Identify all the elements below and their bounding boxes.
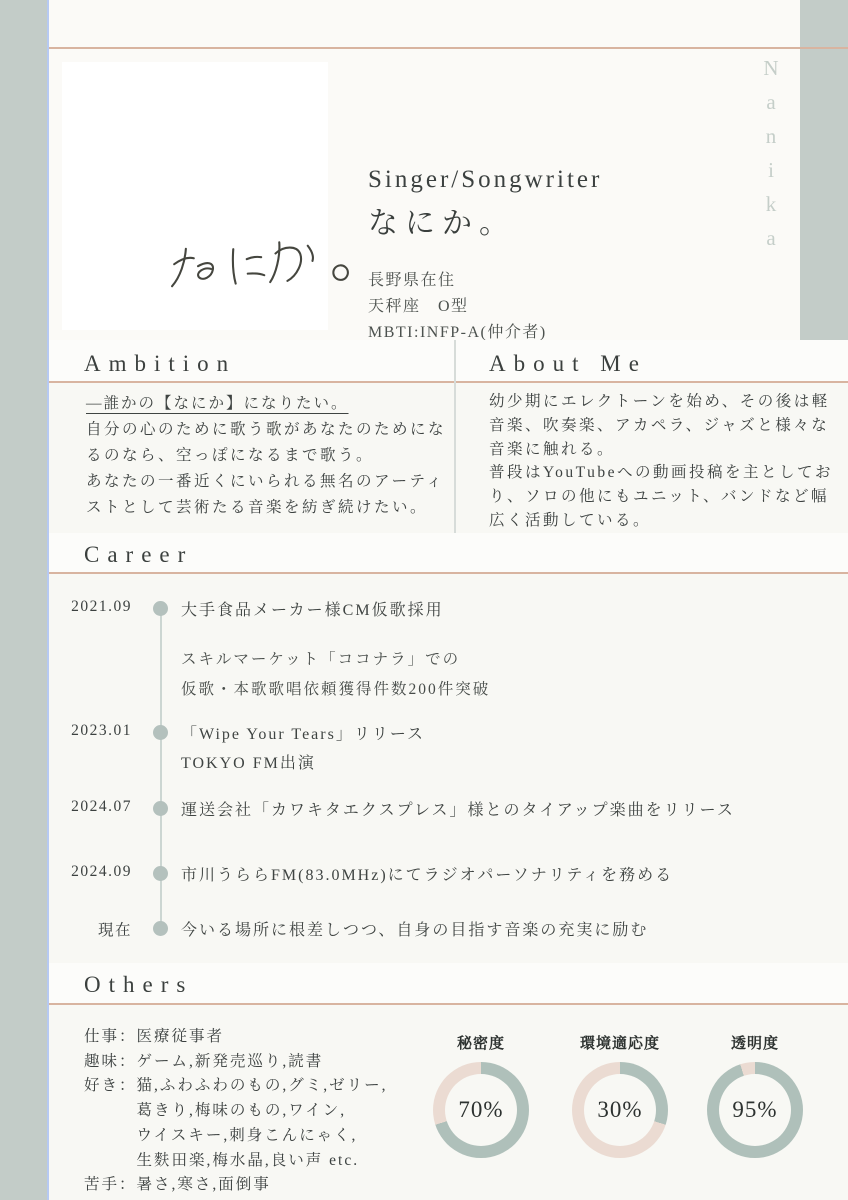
detail-zodiac-blood: 天秤座 O型 [368, 294, 547, 320]
donut-chart-secrecy: 秘密度 70% [433, 1032, 529, 1158]
donut-ring: 70% [433, 1062, 529, 1158]
others-row-value: ゲーム,新発売巡り,読書 [137, 1050, 324, 1075]
career-date: 2021.09 [40, 598, 132, 616]
logo-box [62, 62, 328, 330]
career-date: 2024.09 [40, 863, 132, 881]
others-heading: Others [84, 972, 193, 998]
others-row-value: 医療従事者 [137, 1025, 225, 1050]
others-row-job: 仕事： 医療従事者 [84, 1025, 388, 1050]
others-row-dislikes: 苦手： 暑さ,寒さ,面倒事 [84, 1173, 388, 1198]
timeline-dot [153, 921, 168, 936]
about-heading: About Me [489, 351, 647, 377]
profile-page: Singer/Songwriter なにか。 長野県在住 天秤座 O型 MBTI… [0, 0, 848, 1200]
ambition-body: 自分の心のために歌う歌があなたのためにな るのなら、空っぽになるまで歌う。 あな… [86, 417, 446, 521]
career-date: 現在 [40, 918, 132, 940]
career-heading: Career [84, 542, 193, 568]
career-entry-text: 「Wipe Your Tears」リリース TOKYO FM出演 [181, 720, 425, 778]
others-row-likes: 好き： 猫,ふわふわのもの,グミ,ゼリー, 葛きり,梅味のもの,ワイン, ウイス… [84, 1074, 388, 1173]
ambition-lead: ―誰かの【なにか】になりたい。 [86, 391, 349, 413]
timeline-dot [153, 725, 168, 740]
career-date: 2023.01 [40, 722, 132, 740]
donut-percent: 70% [433, 1062, 529, 1158]
about-underline [456, 381, 848, 383]
others-row-value: 猫,ふわふわのもの,グミ,ゼリー, 葛きり,梅味のもの,ワイン, ウイスキー,刺… [137, 1074, 388, 1173]
career-underline [49, 572, 848, 574]
about-body: 幼少期にエレクトーンを始め、その後は軽 音楽、吹奏楽、アカペラ、ジャズと様々な … [489, 390, 839, 533]
donut-percent: 95% [707, 1062, 803, 1158]
donut-title: 環境適応度 [572, 1032, 668, 1053]
donut-ring: 30% [572, 1062, 668, 1158]
donut-chart-adaptability: 環境適応度 30% [572, 1032, 668, 1158]
profile-details: 長野県在住 天秤座 O型 MBTI:INFP-A(仲介者) [368, 268, 547, 346]
artist-name: なにか。 [368, 198, 516, 242]
others-row-label: 趣味： [84, 1050, 137, 1075]
others-row-label: 苦手： [84, 1173, 137, 1198]
donut-chart-transparency: 透明度 95% [707, 1032, 803, 1158]
others-row-value: 暑さ,寒さ,面倒事 [137, 1173, 271, 1198]
career-entry-subtext: スキルマーケット「ココナラ」での 仮歌・本歌歌唱依頼獲得件数200件突破 [181, 645, 490, 704]
career-entry-text: 市川うららFM(83.0MHz)にてラジオパーソナリティを務める [181, 861, 673, 890]
donut-title: 透明度 [707, 1032, 803, 1053]
others-underline [49, 1003, 848, 1005]
logo-handwritten-nanika [162, 230, 362, 308]
ambition-underline [49, 381, 454, 383]
timeline-dot [153, 866, 168, 881]
others-list: 仕事： 医療従事者 趣味： ゲーム,新発売巡り,読書 好き： 猫,ふわふわのもの… [84, 1025, 388, 1198]
timeline-dot [153, 601, 168, 616]
career-date: 2024.07 [40, 798, 132, 816]
others-row-label: 好き： [84, 1074, 137, 1173]
others-row-hobby: 趣味： ゲーム,新発売巡り,読書 [84, 1050, 388, 1075]
donut-percent: 30% [572, 1062, 668, 1158]
column-divider [454, 340, 456, 533]
others-row-label: 仕事： [84, 1025, 137, 1050]
timeline-dot [153, 801, 168, 816]
career-entry-text: 大手食品メーカー様CM仮歌採用 [181, 596, 444, 625]
career-entry-text: 運送会社「カワキタエクスプレス」様とのタイアップ楽曲をリリース [181, 796, 735, 825]
vertical-brand-text: Nanika [758, 56, 783, 276]
donut-ring: 95% [707, 1062, 803, 1158]
ambition-heading: Ambition [84, 351, 236, 377]
right-sage-band [800, 0, 848, 340]
role-title: Singer/Songwriter [368, 166, 602, 194]
donut-title: 秘密度 [433, 1032, 529, 1053]
career-entry-text: 今いる場所に根差しつつ、自身の目指す音楽の充実に励む [181, 916, 648, 945]
top-accent-line [49, 47, 848, 49]
detail-residence: 長野県在住 [368, 268, 547, 294]
